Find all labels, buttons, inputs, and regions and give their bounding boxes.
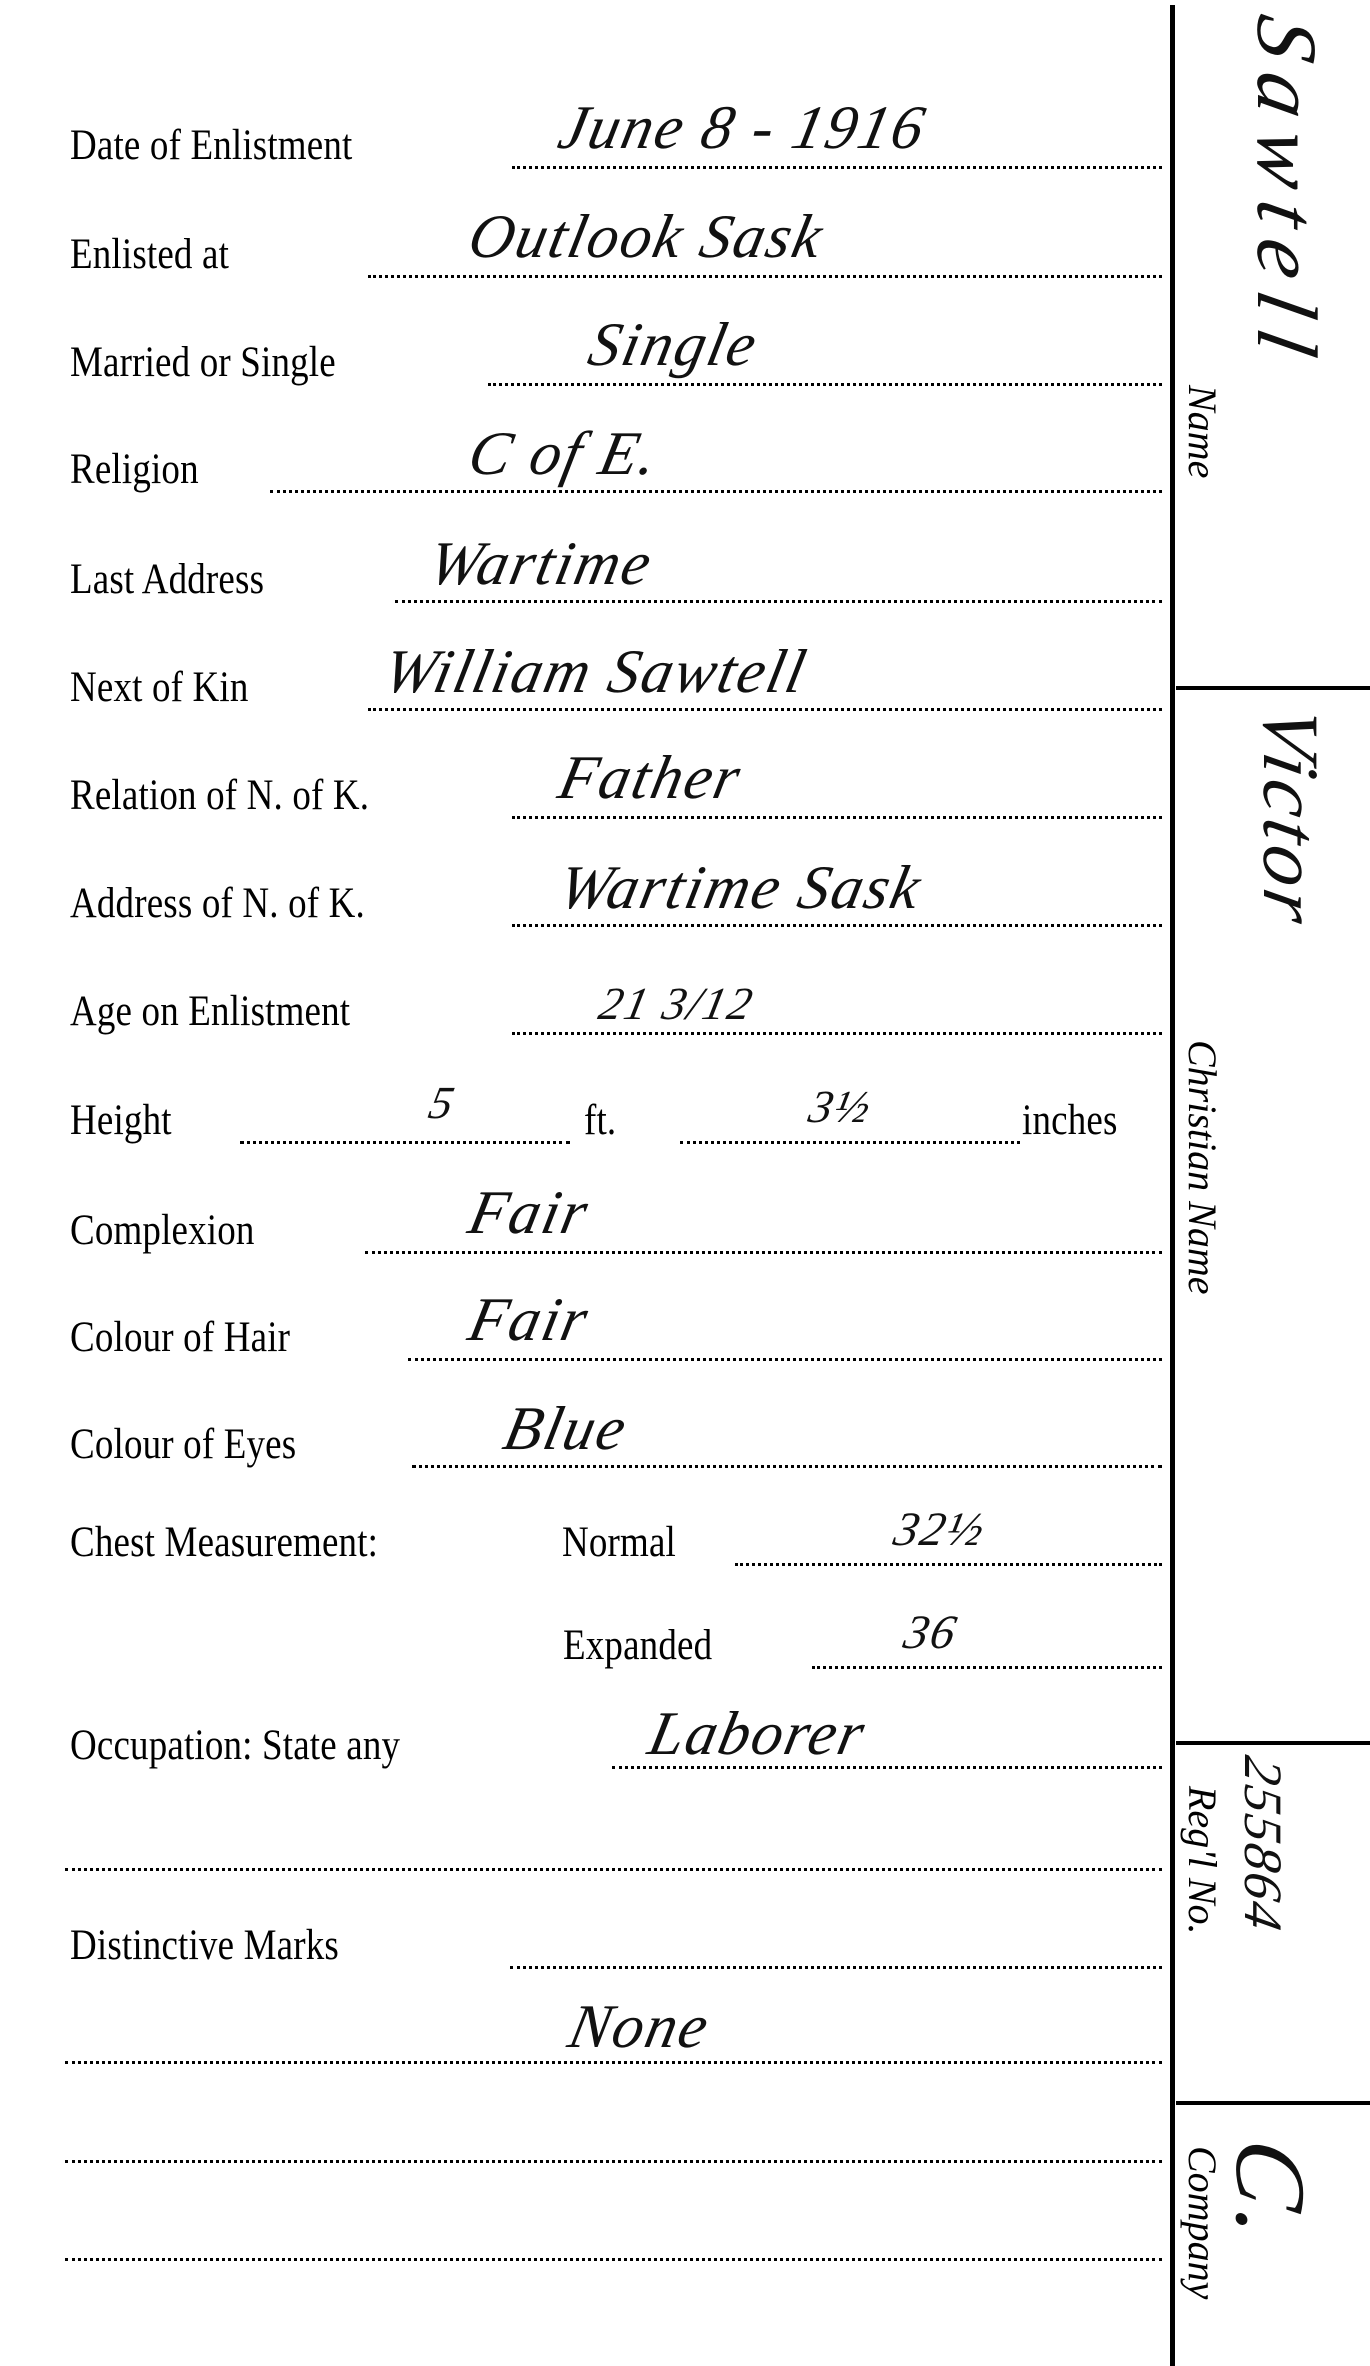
field-line bbox=[412, 1465, 1162, 1468]
field-line bbox=[270, 490, 1162, 493]
field-line bbox=[735, 1563, 1162, 1566]
label-distinctive-marks: Distinctive Marks bbox=[70, 1924, 339, 1967]
label-complexion: Complexion bbox=[70, 1209, 255, 1252]
value-relation-of-next-of-kin: Father bbox=[553, 747, 747, 809]
label-age-on-enlistment: Age on Enlistment bbox=[70, 990, 350, 1033]
row-occupation-continued bbox=[0, 1815, 1170, 1875]
section-divider-regimental-no bbox=[1176, 2101, 1370, 2105]
row-relation-of-next-of-kin: Relation of N. of K. Father bbox=[0, 763, 1170, 823]
value-last-address: Wartime bbox=[423, 533, 658, 595]
field-line-feet bbox=[240, 1141, 570, 1144]
row-enlisted-at: Enlisted at Outlook Sask bbox=[0, 222, 1170, 282]
value-next-of-kin: William Sawtell bbox=[378, 641, 812, 703]
field-line bbox=[488, 383, 1162, 386]
value-occupation: Laborer bbox=[643, 1703, 871, 1765]
sidebar-regimental-no-value: 255864 bbox=[1236, 1752, 1290, 1936]
value-chest-normal: 32½ bbox=[890, 1506, 990, 1554]
label-married-or-single: Married or Single bbox=[70, 341, 336, 384]
field-line bbox=[65, 2258, 1162, 2261]
label-enlisted-at: Enlisted at bbox=[70, 233, 229, 276]
row-distinctive-marks: Distinctive Marks bbox=[0, 1913, 1170, 1973]
row-distinctive-marks-line-3 bbox=[0, 2205, 1170, 2265]
value-married-or-single: Single bbox=[583, 314, 763, 376]
label-date-of-enlistment: Date of Enlistment bbox=[70, 124, 352, 167]
row-religion: Religion C of E. bbox=[0, 437, 1170, 497]
field-line bbox=[65, 2061, 1162, 2064]
value-religion: C of E. bbox=[463, 423, 664, 485]
field-line bbox=[368, 708, 1162, 711]
value-colour-of-eyes: Blue bbox=[498, 1398, 633, 1460]
row-next-of-kin: Next of Kin William Sawtell bbox=[0, 655, 1170, 715]
row-colour-of-hair: Colour of Hair Fair bbox=[0, 1305, 1170, 1365]
section-divider-name bbox=[1176, 686, 1370, 690]
label-last-address: Last Address bbox=[70, 558, 264, 601]
value-address-of-next-of-kin: Wartime Sask bbox=[553, 857, 927, 919]
sidebar-regimental-no-label: Reg'l No. bbox=[1182, 1786, 1222, 1935]
row-chest-expanded: Expanded 36 bbox=[0, 1613, 1170, 1673]
sidebar-christian-name-label: Christian Name bbox=[1182, 1040, 1222, 1294]
row-date-of-enlistment: Date of Enlistment June 8 - 1916 bbox=[0, 113, 1170, 173]
label-religion: Religion bbox=[70, 448, 199, 491]
row-last-address: Last Address Wartime bbox=[0, 547, 1170, 607]
field-line bbox=[512, 924, 1162, 927]
column-divider bbox=[1170, 5, 1175, 2366]
field-line bbox=[365, 1251, 1162, 1254]
row-age-on-enlistment: Age on Enlistment 21 3/12 bbox=[0, 979, 1170, 1039]
sidebar-christian-name-value: Victor bbox=[1250, 701, 1330, 933]
row-complexion: Complexion Fair bbox=[0, 1198, 1170, 1258]
label-address-of-next-of-kin: Address of N. of K. bbox=[70, 882, 365, 925]
value-age-on-enlistment: 21 3/12 bbox=[595, 981, 758, 1027]
row-distinctive-marks-line-2 bbox=[0, 2107, 1170, 2167]
value-height-feet: 5 bbox=[425, 1080, 460, 1126]
row-chest-normal: Chest Measurement: Normal 32½ bbox=[0, 1510, 1170, 1570]
value-enlisted-at: Outlook Sask bbox=[463, 206, 829, 268]
field-line bbox=[65, 2160, 1162, 2163]
field-line bbox=[512, 1032, 1162, 1035]
field-line bbox=[512, 166, 1162, 169]
sidebar-name-label: Name bbox=[1182, 385, 1222, 478]
label-chest-expanded: Expanded bbox=[563, 1624, 712, 1667]
row-distinctive-marks-line-1: None bbox=[0, 2008, 1170, 2068]
value-date-of-enlistment: June 8 - 1916 bbox=[553, 97, 931, 159]
value-chest-expanded: 36 bbox=[900, 1609, 962, 1657]
label-chest-normal: Normal bbox=[562, 1521, 676, 1564]
row-married-or-single: Married or Single Single bbox=[0, 330, 1170, 390]
row-address-of-next-of-kin: Address of N. of K. Wartime Sask bbox=[0, 871, 1170, 931]
label-feet-unit: ft. bbox=[584, 1099, 616, 1142]
value-distinctive-marks: None bbox=[563, 1996, 715, 2058]
row-height: Height 5 ft. 3½ inches bbox=[0, 1088, 1170, 1148]
label-inches-unit: inches bbox=[1022, 1099, 1118, 1142]
value-height-inches: 3½ bbox=[805, 1084, 876, 1130]
label-relation-of-next-of-kin: Relation of N. of K. bbox=[70, 774, 369, 817]
section-divider-christian-name bbox=[1176, 1741, 1370, 1745]
label-occupation: Occupation: State any bbox=[70, 1724, 400, 1767]
attestation-card: Date of Enlistment June 8 - 1916 Enliste… bbox=[0, 0, 1370, 2366]
field-line bbox=[395, 600, 1162, 603]
row-colour-of-eyes: Colour of Eyes Blue bbox=[0, 1412, 1170, 1472]
sidebar-company-value: C. bbox=[1220, 2132, 1320, 2253]
field-line-inches bbox=[680, 1141, 1020, 1144]
sidebar-name-value: Sawtell bbox=[1244, 10, 1330, 376]
field-line bbox=[408, 1358, 1162, 1361]
label-height: Height bbox=[70, 1099, 172, 1142]
row-occupation: Occupation: State any Laborer bbox=[0, 1713, 1170, 1773]
field-line bbox=[510, 1966, 1162, 1969]
label-colour-of-hair: Colour of Hair bbox=[70, 1316, 290, 1359]
field-line bbox=[368, 275, 1162, 278]
label-colour-of-eyes: Colour of Eyes bbox=[70, 1423, 296, 1466]
value-complexion: Fair bbox=[463, 1182, 594, 1244]
field-line bbox=[812, 1666, 1162, 1669]
label-chest-measurement: Chest Measurement: bbox=[70, 1521, 378, 1564]
field-line bbox=[65, 1868, 1162, 1871]
value-colour-of-hair: Fair bbox=[463, 1289, 594, 1351]
label-next-of-kin: Next of Kin bbox=[70, 666, 249, 709]
field-line bbox=[512, 816, 1162, 819]
